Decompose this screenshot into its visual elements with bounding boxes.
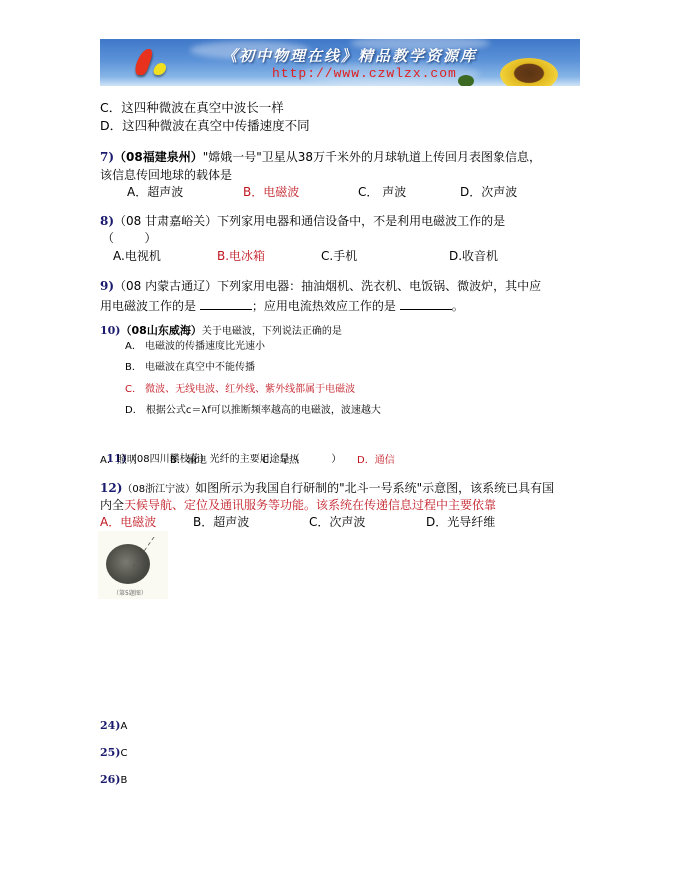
question-number: 8)	[100, 214, 114, 228]
question-text: 下列家用电器：抽油烟机、洗衣机、电饭锅、微波炉，其中应	[217, 279, 541, 293]
question-text: 关于电磁波，下列说法正确的是	[202, 326, 342, 337]
leaf-icon	[458, 75, 474, 86]
question-9-line1: 9)（08 内蒙古通辽）下列家用电器：抽油烟机、洗衣机、电饭锅、微波炉，其中应	[100, 279, 541, 294]
banner-title: 《初中物理在线》精品教学资源库	[222, 45, 477, 66]
banner-url[interactable]: http://www.czwlzx.com	[272, 66, 457, 81]
question-text: 。	[452, 299, 464, 313]
question-8-line2: （ ）	[102, 231, 157, 246]
question-12-line2: 内全天候导航、定位及通讯服务等功能。该系统在传递信息过程中主要依靠	[100, 498, 496, 513]
q11-option-b: B．输电	[170, 454, 207, 467]
q12-option-a-answer: A．电磁波	[100, 515, 156, 530]
answer-25: 25)C	[100, 746, 128, 760]
question-text: "嫦娥一号"卫星从38万千米外的月球轨道上传回月表图象信息，	[203, 150, 541, 164]
answer-number: 26)	[100, 773, 121, 786]
question-text: 下列家用电器和通信设备中，不是利用电磁波工作的是	[217, 214, 505, 228]
question-source: （08 内蒙古通辽）	[114, 279, 217, 293]
answer-value: C	[121, 748, 128, 759]
q7-option-d: D．次声波	[460, 185, 517, 200]
q10-option-a: A． 电磁波的传播速度比光速小	[125, 340, 265, 353]
logo-icon	[133, 49, 154, 75]
question-number: 12)	[100, 481, 122, 495]
sunflower-icon	[500, 58, 558, 86]
question-number: 7)	[100, 150, 114, 164]
q7-option-b-answer: B．电磁波	[243, 185, 299, 200]
q11-option-a: A．照明	[100, 454, 137, 467]
answer-value: A	[121, 721, 128, 732]
answer-blank-1[interactable]	[200, 297, 252, 310]
answer-number: 24)	[100, 719, 121, 732]
question-source: （08福建泉州）	[114, 150, 203, 164]
beidou-system-figure: （第5题图）	[98, 531, 168, 599]
q8-option-b-answer: B.电冰箱	[217, 249, 265, 264]
question-text: 用电磁波工作的是	[100, 299, 196, 313]
answer-value: B	[121, 775, 128, 786]
q10-option-c-answer: C． 微波、无线电波、红外线、紫外线都属于电磁波	[125, 383, 355, 396]
answer-24: 24)A	[100, 719, 127, 733]
option-c-prev: C．这四种微波在真空中波长一样	[100, 100, 284, 116]
question-text-highlight: 天候导航、定位及通讯服务等功能。该系统在传递信息过程中主要依靠	[124, 498, 496, 512]
question-number: 9)	[100, 279, 114, 293]
q12-option-b: B．超声波	[193, 515, 249, 530]
question-source: （08山东威海）	[121, 324, 202, 337]
question-source: （08浙江宁波）	[122, 484, 195, 495]
q7-option-a: A．超声波	[127, 185, 183, 200]
question-source: （08 甘肃嘉峪关）	[114, 214, 217, 228]
option-d-prev: D．这四种微波在真空中传播速度不同	[100, 118, 310, 134]
figure-caption: （第5题图）	[113, 588, 147, 597]
question-text: ；应用电流热效应工作的是	[252, 299, 396, 313]
answer-blank-2[interactable]	[400, 297, 452, 310]
question-10-line1: 10)（08山东威海）关于电磁波，下列说法正确的是	[100, 324, 342, 338]
logo-accent-icon	[151, 63, 169, 75]
question-number: 10)	[100, 324, 121, 337]
q10-option-b: B． 电磁波在真空中不能传播	[125, 361, 255, 374]
q8-option-c: C.手机	[321, 249, 357, 264]
question-9-line2: 用电磁波工作的是 ；应用电流热效应工作的是 。	[100, 297, 464, 314]
q11-option-d-answer: D．通信	[357, 454, 395, 467]
q12-option-d: D．光导纤维	[426, 515, 495, 530]
q8-option-a: A.电视机	[113, 249, 161, 264]
q12-option-c: C．次声波	[309, 515, 365, 530]
question-text: 如图所示为我国自行研制的"北斗一号系统"示意图，该系统已具有国	[195, 481, 554, 495]
q8-option-d: D.收音机	[449, 249, 498, 264]
question-8-line1: 8)（08 甘肃嘉峪关）下列家用电器和通信设备中，不是利用电磁波工作的是	[100, 214, 505, 229]
q10-option-d: D． 根据公式c＝λf可以推断频率越高的电磁波，波速越大	[125, 404, 381, 417]
q7-option-c: C． 声波	[358, 185, 406, 200]
question-7-line1: 7)（08福建泉州）"嫦娥一号"卫星从38万千米外的月球轨道上传回月表图象信息，	[100, 150, 541, 165]
question-12-line1: 12)（08浙江宁波）如图所示为我国自行研制的"北斗一号系统"示意图，该系统已具…	[100, 481, 554, 497]
header-banner: 《初中物理在线》精品教学资源库 http://www.czwlzx.com	[100, 39, 580, 86]
q11-option-c: C．导热	[262, 454, 299, 467]
question-7-line2: 该信息传回地球的载体是	[100, 168, 232, 183]
answer-number: 25)	[100, 746, 121, 759]
question-text: 内全	[100, 498, 124, 512]
answer-26: 26)B	[100, 773, 127, 787]
